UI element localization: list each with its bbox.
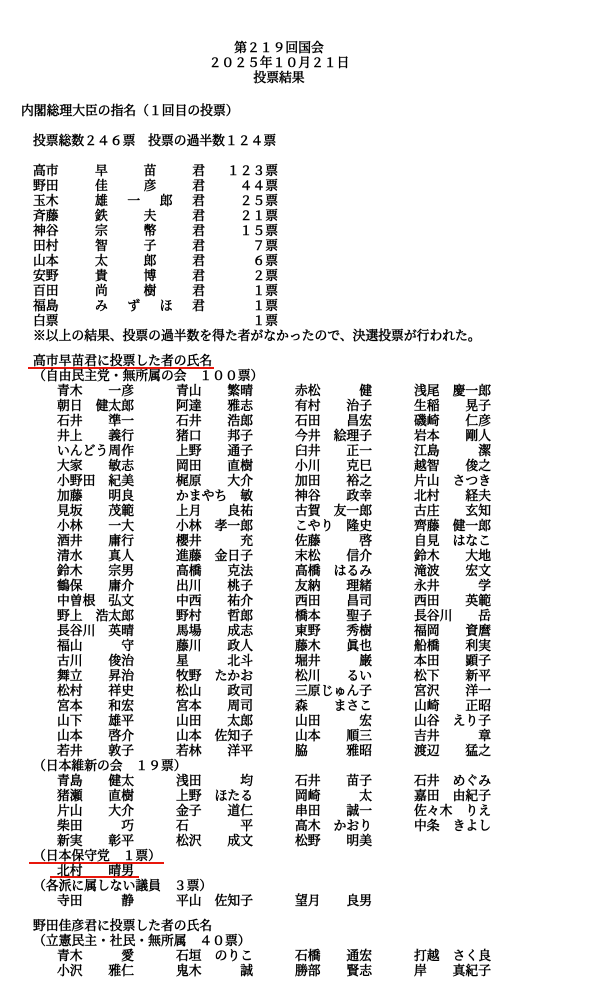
voter-name-row: 寺田静平山佐知子望月良男 [57, 893, 600, 908]
voter-last-name: 清水 [57, 548, 83, 563]
voter-given-name: 洋平 [227, 743, 253, 758]
voter-given-name: 和宏 [108, 698, 134, 713]
voter-last-name: 朝日 [57, 398, 83, 413]
voter-name: 佐々木りえ [414, 803, 491, 818]
candidate-given-char: 智 [95, 238, 108, 253]
candidate-given-char: 君 [192, 163, 205, 178]
voter-name-row: 中曽根弘文中西祐介西田昌司西田英範 [57, 593, 600, 608]
voter-name-row: 酒井庸行櫻井充佐藤啓自見はなこ [57, 533, 600, 548]
voter-name: 浅田均 [176, 773, 253, 788]
voter-name-row: 松村祥史松山政司三原じゅん子宮沢洋一 [57, 683, 600, 698]
voter-given-name: 聖子 [346, 608, 372, 623]
voter-name: 有村治子 [295, 398, 372, 413]
voter-given-name: 誠一 [346, 803, 372, 818]
voter-given-name: 啓介 [108, 728, 134, 743]
voter-name-row: 鶴保庸介出川桃子友納理緒永井学 [57, 578, 600, 593]
voter-name: 猪瀬直樹 [57, 788, 134, 803]
voter-given-name: 章 [478, 728, 491, 743]
voter-name: 末松信介 [295, 548, 372, 563]
voter-last-name: 藤川 [176, 638, 202, 653]
voter-name: 北村経夫 [414, 488, 491, 503]
candidate-last-name: 福島 [33, 298, 95, 313]
candidate-given-char: 鉄 [95, 208, 108, 223]
candidate-given-char: ず [127, 298, 140, 313]
voter-last-name: こやり [295, 518, 333, 533]
candidate-given-char: 幣 [144, 223, 157, 238]
tally-row: 安野貴博君２票 [33, 268, 278, 283]
voter-given-name: 一彦 [108, 383, 134, 398]
voter-name-row: 見坂茂範上月良祐古賀友一郎古庄玄知 [57, 503, 600, 518]
voter-given-name: 雅志 [227, 398, 253, 413]
voter-last-name: 磯崎 [414, 413, 440, 428]
candidate-given-name: 佳彦君 [95, 178, 205, 193]
voter-given-name: 英晴 [108, 623, 134, 638]
voter-last-name: 臼井 [295, 443, 321, 458]
voter-name: 鶴保庸介 [57, 578, 134, 593]
tally-row: 野田佳彦君４４票 [33, 178, 278, 193]
voter-given-name: 良男 [346, 893, 372, 908]
voter-name-row: 古川俊治星北斗堀井巌本田顕子 [57, 653, 600, 668]
voter-given-name: 太郎 [227, 713, 253, 728]
voter-name-row: 大家敏志岡田直樹小川克巳越智俊之 [57, 458, 600, 473]
candidate-given-name: 貴博君 [95, 268, 205, 283]
voter-given-name: 敦子 [108, 743, 134, 758]
voter-name: 赤松健 [295, 383, 372, 398]
voter-last-name: 松川 [295, 668, 321, 683]
voter-last-name: 若井 [57, 743, 83, 758]
candidate-given-char: 夫 [144, 208, 157, 223]
candidate-given-char: 君 [192, 238, 205, 253]
voter-last-name: 小沢 [57, 963, 83, 978]
voter-given-name: のりこ [215, 948, 253, 963]
candidate-given-name: 太郎君 [95, 253, 205, 268]
vote-count: １票 [205, 283, 278, 298]
voter-last-name: 石井 [295, 773, 321, 788]
voter-given-name: 政司 [227, 683, 253, 698]
voter-given-name: 剛人 [465, 428, 491, 443]
voter-given-name: きよし [453, 818, 491, 833]
voter-last-name: 長谷川 [57, 623, 95, 638]
voter-given-name: 愛 [121, 948, 134, 963]
candidate-given-char: 君 [192, 253, 205, 268]
voter-last-name: 高木 [295, 818, 321, 833]
voter-name: 大家敏志 [57, 458, 134, 473]
voter-given-name: 政幸 [346, 488, 372, 503]
voter-given-name: 成文 [227, 833, 253, 848]
voter-given-name: まさこ [334, 698, 372, 713]
voter-given-name: 浩太郎 [96, 608, 134, 623]
voter-given-name: 健一郎 [453, 518, 491, 533]
voter-name: 片山さつき [414, 473, 491, 488]
voter-last-name: 岡田 [176, 458, 202, 473]
voter-last-name: かまやち [176, 488, 227, 503]
voter-name: 今井絵理子 [295, 428, 372, 443]
voter-last-name: 鈴木 [57, 563, 83, 578]
voter-name: 永井学 [414, 578, 491, 593]
voter-name: 櫻井充 [176, 533, 253, 548]
voter-given-name: ほたる [215, 788, 253, 803]
voter-name: 生稲晃子 [414, 398, 491, 413]
voter-given-name: 俊治 [108, 653, 134, 668]
candidate-last-name: 安野 [33, 268, 95, 283]
voter-name: 小沢雅仁 [57, 963, 134, 978]
voter-given-name: 通子 [227, 443, 253, 458]
voter-name-row: 青木愛石垣のりこ石橋通宏打越さく良 [57, 948, 600, 963]
section-title: 高市早苗君に投票した者の氏名 [33, 353, 600, 368]
voter-last-name: 鈴木 [414, 548, 440, 563]
candidate-last-name: 神谷 [33, 223, 95, 238]
voter-name: 山田宏 [295, 713, 372, 728]
voter-last-name: 大家 [57, 458, 83, 473]
voter-last-name: 齊藤 [414, 518, 440, 533]
voter-name: 岸真紀子 [414, 963, 491, 978]
voter-last-name: 若林 [176, 743, 202, 758]
tally-row: 田村智子君７票 [33, 238, 278, 253]
voter-name-row: 若井敦子若林洋平脇雅昭渡辺猛之 [57, 743, 600, 758]
voter-last-name: 馬場 [176, 623, 202, 638]
voter-name: 山下雄平 [57, 713, 134, 728]
voter-given-name: 佐知子 [215, 893, 253, 908]
voter-given-name: 絵理子 [334, 428, 372, 443]
vote-count: ６票 [205, 253, 278, 268]
voter-given-name: 正一 [346, 443, 372, 458]
candidate-given-char: 雄 [95, 193, 108, 208]
voter-given-name: 昌司 [346, 593, 372, 608]
voter-last-name: 平山 [176, 893, 202, 908]
voter-name: 望月良男 [295, 893, 372, 908]
voter-last-name: 片山 [414, 473, 440, 488]
voter-last-name: 松下 [414, 668, 440, 683]
voter-name-row: 山下雄平山田太郎山田宏山谷えり子 [57, 713, 600, 728]
voter-last-name: 堀井 [295, 653, 321, 668]
voter-last-name: 脇 [295, 743, 308, 758]
vote-count: ２票 [205, 268, 278, 283]
candidate-given-char: 君 [192, 298, 205, 313]
voter-name: 船橋利実 [414, 638, 491, 653]
voter-last-name: 西田 [295, 593, 321, 608]
voter-last-name: 本田 [414, 653, 440, 668]
candidate-last-name: 高市 [33, 163, 95, 178]
candidate-given-char: ほ [160, 298, 173, 313]
candidate-given-name: 早苗君 [95, 163, 205, 178]
voter-last-name: 青島 [57, 773, 83, 788]
voter-name: こやり隆史 [295, 518, 372, 533]
voter-last-name: 高橋 [295, 563, 321, 578]
voter-name: 星北斗 [176, 653, 253, 668]
voter-last-name: 小川 [295, 458, 321, 473]
voter-given-name: 一大 [108, 518, 134, 533]
voter-given-name: 準一 [108, 413, 134, 428]
voter-given-name: 信介 [346, 548, 372, 563]
voter-last-name: 打越 [414, 948, 440, 963]
voter-name: 中曽根弘文 [57, 593, 134, 608]
voter-given-name: 政人 [227, 638, 253, 653]
voter-last-name: 福岡 [414, 623, 440, 638]
voter-name-row: いんどう周作上野通子臼井正一江島潔 [57, 443, 600, 458]
voter-name: 勝部賢志 [295, 963, 372, 978]
voter-given-name: えり子 [453, 713, 491, 728]
voter-last-name: 越智 [414, 458, 440, 473]
voter-last-name: 岸 [414, 963, 427, 978]
voter-last-name: 寺田 [57, 893, 83, 908]
voter-last-name: 石井 [414, 773, 440, 788]
voter-last-name: 石田 [295, 413, 321, 428]
party-group-label: （立憲民主・社民・無所属 ４０票） [33, 933, 600, 948]
voter-name: 越智俊之 [414, 458, 491, 473]
voter-given-name: 岳 [478, 608, 491, 623]
voter-name: 渡辺猛之 [414, 743, 491, 758]
voter-name-row: 福山守藤川政人藤木眞也船橋利実 [57, 638, 600, 653]
voter-name: 中西祐介 [176, 593, 253, 608]
voter-given-name: 洋一 [465, 683, 491, 698]
voter-name: 金子道仁 [176, 803, 253, 818]
voter-name: 清水真人 [57, 548, 134, 563]
voter-given-name: 金日子 [215, 548, 253, 563]
candidate-given-char: 博 [144, 268, 157, 283]
voter-last-name: 出川 [176, 578, 202, 593]
voter-name: 古庄玄知 [414, 503, 491, 518]
voter-given-name: 巌 [359, 653, 372, 668]
voter-name: 松沢成文 [176, 833, 253, 848]
voter-name-row: 宮本和宏宮本周司森まさこ山崎正昭 [57, 698, 600, 713]
voter-name: 山本佐知子 [176, 728, 253, 743]
voter-last-name: 片山 [57, 803, 83, 818]
voter-given-name: 啓 [359, 533, 372, 548]
voter-name-row: 山本啓介山本佐知子山本順三吉井章 [57, 728, 600, 743]
candidate-last-name: 百田 [33, 283, 95, 298]
voter-given-name: 祥史 [108, 683, 134, 698]
voter-given-name: 成志 [227, 623, 253, 638]
candidate-given-char: 君 [192, 178, 205, 193]
voter-given-name: 裕之 [346, 473, 372, 488]
voter-given-name: 平 [240, 818, 253, 833]
candidate-given-name [95, 313, 205, 328]
voter-last-name: 松村 [57, 683, 83, 698]
voter-name-row: 青島健太浅田均石井苗子石井めぐみ [57, 773, 600, 788]
voter-name-row: 野上浩太郎野村哲郎橋本聖子長谷川岳 [57, 608, 600, 623]
voter-last-name: 藤木 [295, 638, 321, 653]
voter-last-name: 山本 [295, 728, 321, 743]
vote-count: ７票 [205, 238, 278, 253]
voter-last-name: 生稲 [414, 398, 440, 413]
voter-last-name: 山本 [176, 728, 202, 743]
voter-last-name: 嘉田 [414, 788, 440, 803]
candidate-given-name: 宗幣君 [95, 223, 205, 238]
voter-section: 野田佳彦君に投票した者の氏名（立憲民主・社民・無所属 ４０票）青木愛石垣のりこ石… [0, 918, 600, 978]
voter-last-name: 青木 [57, 383, 83, 398]
voter-name-row: 北村晴男 [57, 863, 600, 878]
voter-name: 出川桃子 [176, 578, 253, 593]
voter-last-name: 山下 [57, 713, 83, 728]
candidate-given-char: 郎 [160, 193, 173, 208]
candidate-given-char: 貴 [95, 268, 108, 283]
voter-last-name: 古庄 [414, 503, 440, 518]
voter-last-name: 有村 [295, 398, 321, 413]
voter-name: 三原じゅん子 [295, 683, 372, 698]
voter-given-name: 邦子 [227, 428, 253, 443]
voter-name: 朝日健太郎 [57, 398, 134, 413]
voter-last-name: 長谷川 [414, 608, 452, 623]
voter-name: 岩本剛人 [414, 428, 491, 443]
voter-name: いんどう周作 [57, 443, 134, 458]
voter-given-name: 周作 [108, 443, 134, 458]
voter-last-name: 石橋 [295, 948, 321, 963]
voter-name: 齊藤健一郎 [414, 518, 491, 533]
candidate-given-char: 君 [192, 283, 205, 298]
voter-name-row: 柴田巧石平高木かおり中条きよし [57, 818, 600, 833]
vote-count: ２５票 [205, 193, 278, 208]
voter-last-name: 岩本 [414, 428, 440, 443]
document-header: 第２１９回国会 ２０２５年１０月２１日 投票結果 [0, 0, 558, 85]
voter-name: 橋本聖子 [295, 608, 372, 623]
voter-given-name: 直樹 [108, 788, 134, 803]
voter-last-name: 浅田 [176, 773, 202, 788]
voter-last-name: 青木 [57, 948, 83, 963]
voter-name: 加田裕之 [295, 473, 372, 488]
voter-given-name: 誠 [240, 963, 253, 978]
voter-name: 東野秀樹 [295, 623, 372, 638]
voter-last-name: 上野 [176, 443, 202, 458]
voter-given-name: 学 [478, 578, 491, 593]
voter-last-name: 井上 [57, 428, 83, 443]
voter-given-name: 克法 [227, 563, 253, 578]
voter-name-row: 猪瀬直樹上野ほたる岡崎太嘉田由紀子 [57, 788, 600, 803]
voter-name: 本田顕子 [414, 653, 491, 668]
voter-name: 友納理緒 [295, 578, 372, 593]
voter-given-name: 昇治 [108, 668, 134, 683]
voter-name-row: 新実彰平松沢成文松野明美 [57, 833, 600, 848]
voter-name: 野村哲郎 [176, 608, 253, 623]
voter-last-name: 中西 [176, 593, 202, 608]
voter-last-name: 友納 [295, 578, 321, 593]
voter-given-name: 直樹 [227, 458, 253, 473]
voter-given-name: はるみ [334, 563, 372, 578]
voter-name: 小林孝一郎 [176, 518, 253, 533]
voter-name: 阿達雅志 [176, 398, 253, 413]
candidate-given-name: 尚樹君 [95, 283, 205, 298]
voter-last-name: 勝部 [295, 963, 321, 978]
voter-given-name: 順三 [346, 728, 372, 743]
voter-given-name: 顕子 [465, 653, 491, 668]
voter-given-name: 佐知子 [215, 728, 253, 743]
candidate-given-char: 早 [95, 163, 108, 178]
tally-row: 山本太郎君６票 [33, 253, 278, 268]
voter-last-name: 松山 [176, 683, 202, 698]
voter-given-name: 秀樹 [346, 623, 372, 638]
voter-name: 松山政司 [176, 683, 253, 698]
voter-last-name: 東野 [295, 623, 321, 638]
voter-name: 加藤明良 [57, 488, 134, 503]
voter-name-row: 石井準一石井浩郎石田昌宏磯崎仁彦 [57, 413, 600, 428]
voter-last-name: 橋本 [295, 608, 321, 623]
voter-last-name: 進藤 [176, 548, 202, 563]
vote-count: １５票 [205, 223, 278, 238]
voter-given-name: 北斗 [227, 653, 253, 668]
voter-name-row: 朝日健太郎阿達雅志有村治子生稲晃子 [57, 398, 600, 413]
candidate-given-name: 鉄夫君 [95, 208, 205, 223]
candidate-given-char: 樹 [144, 283, 157, 298]
voter-last-name: 上野 [176, 788, 202, 803]
voter-name: 梶原大介 [176, 473, 253, 488]
vote-count: １票 [205, 298, 278, 313]
candidate-given-char: 子 [144, 238, 157, 253]
vote-count: １票 [205, 313, 278, 328]
voter-given-name: 大地 [465, 548, 491, 563]
voter-name: 串田誠一 [295, 803, 372, 818]
voter-given-name: さつき [453, 473, 491, 488]
candidate-given-name: みずほ君 [95, 298, 205, 313]
voter-last-name: 山田 [295, 713, 321, 728]
voter-name: 藤木眞也 [295, 638, 372, 653]
candidate-given-char: 彦 [144, 178, 157, 193]
voter-given-name: さく良 [453, 948, 491, 963]
voter-last-name: 上月 [176, 503, 202, 518]
voter-last-name: 岡崎 [295, 788, 321, 803]
voter-name: 福岡資麿 [414, 623, 491, 638]
candidate-given-char: 君 [192, 193, 205, 208]
voter-name: 青木愛 [57, 948, 134, 963]
voter-given-name: 大介 [108, 803, 134, 818]
voter-given-name: 良祐 [227, 503, 253, 518]
tally-row: 斉藤鉄夫君２１票 [33, 208, 278, 223]
voter-name: 西田英範 [414, 593, 491, 608]
voter-name: 進藤金日子 [176, 548, 253, 563]
voter-given-name: 大介 [227, 473, 253, 488]
header-result-title: 投票結果 [0, 70, 558, 85]
voter-given-name: 玄知 [465, 503, 491, 518]
voter-last-name: 鬼木 [176, 963, 202, 978]
voter-name-row: 小野田紀美梶原大介加田裕之片山さつき [57, 473, 600, 488]
party-group-label: （日本保守党 １票） [33, 848, 600, 863]
voter-name: 鬼木誠 [176, 963, 253, 978]
voter-given-name: 隆史 [346, 518, 372, 533]
voter-given-name: 哲郎 [227, 608, 253, 623]
section-title-text: 高市早苗君に投票した者の氏名 [28, 354, 214, 369]
party-group-label-text: （立憲民主・社民・無所属 ４０票） [33, 933, 251, 948]
party-group-label: （日本維新の会 １９票） [33, 758, 600, 773]
voter-last-name: 柴田 [57, 818, 83, 833]
voter-name: 脇雅昭 [295, 743, 372, 758]
voter-name: 平山佐知子 [176, 893, 253, 908]
voter-given-name: 昌宏 [346, 413, 372, 428]
voter-last-name: 西田 [414, 593, 440, 608]
voter-last-name: 滝波 [414, 563, 440, 578]
voter-name: 山田太郎 [176, 713, 253, 728]
candidate-given-name: 雄一郎君 [95, 193, 205, 208]
voter-last-name: 中曽根 [57, 593, 95, 608]
voter-last-name: 北村 [414, 488, 440, 503]
voter-last-name: 江島 [414, 443, 440, 458]
voter-name: 宮沢洋一 [414, 683, 491, 698]
voter-name: 江島潔 [414, 443, 491, 458]
voter-name: 寺田静 [57, 893, 134, 908]
voter-given-name: 眞也 [346, 638, 372, 653]
voter-given-name: 仁彦 [465, 413, 491, 428]
voter-name: 野上浩太郎 [57, 608, 134, 623]
voter-last-name: 野村 [176, 608, 202, 623]
tally-row: 玉木雄一郎君２５票 [33, 193, 278, 208]
voter-given-name: はなこ [453, 533, 491, 548]
voter-given-name: るい [346, 668, 372, 683]
voter-name: 舞立昇治 [57, 668, 134, 683]
voter-last-name: 新実 [57, 833, 83, 848]
voter-last-name: 石 [176, 818, 189, 833]
candidate-last-name: 野田 [33, 178, 95, 193]
voter-given-name: 真人 [108, 548, 134, 563]
section-title: 野田佳彦君に投票した者の氏名 [33, 918, 600, 933]
voter-given-name: 明美 [346, 833, 372, 848]
tally-table: 高市早苗君１２３票野田佳彦君４４票玉木雄一郎君２５票斉藤鉄夫君２１票神谷宗幣君１… [33, 163, 278, 328]
